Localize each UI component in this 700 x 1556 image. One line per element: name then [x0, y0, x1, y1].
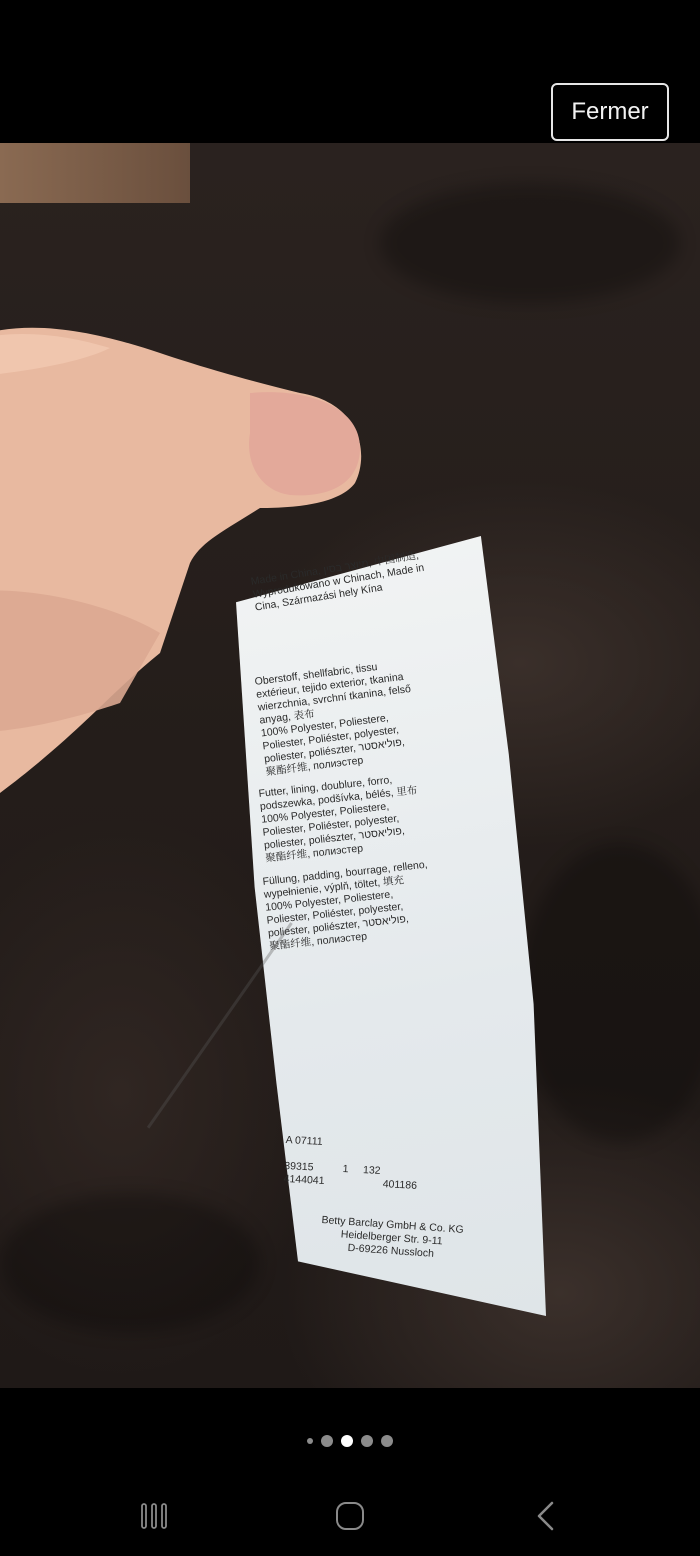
fabric-fold [380, 183, 680, 303]
fabric-fold [0, 1193, 260, 1333]
back-icon [534, 1500, 558, 1532]
photo-background-wall [0, 143, 190, 203]
label-outer-fabric-text: Oberstoff, shellfabric, tissu extérieur,… [254, 657, 420, 779]
recent-apps-icon [139, 1501, 169, 1531]
product-photo[interactable]: Made in China, מיוצר בסין, 中国制造, Wyprodu… [0, 143, 700, 1388]
label-codes-text: A 07111 39315 1 132 4144041 401186 [283, 1134, 419, 1193]
pager-dot[interactable] [307, 1438, 313, 1444]
top-bar: Fermer [0, 0, 700, 143]
system-nav-bar [0, 1480, 700, 1556]
close-button[interactable]: Fermer [551, 83, 669, 141]
recent-apps-button[interactable] [129, 1494, 179, 1538]
back-button[interactable] [521, 1494, 571, 1538]
home-icon [334, 1500, 366, 1532]
pager-dot[interactable] [381, 1435, 393, 1447]
image-pager [0, 1434, 700, 1448]
fabric-fold [520, 843, 700, 1143]
pager-dot[interactable] [361, 1435, 373, 1447]
care-label: Made in China, מיוצר בסין, 中国制造, Wyprodu… [236, 536, 546, 1316]
pager-dot-active[interactable] [341, 1435, 353, 1447]
pager-dot[interactable] [321, 1435, 333, 1447]
home-button[interactable] [325, 1494, 375, 1538]
label-lining-text: Futter, lining, doublure, forro, podszew… [258, 771, 423, 865]
